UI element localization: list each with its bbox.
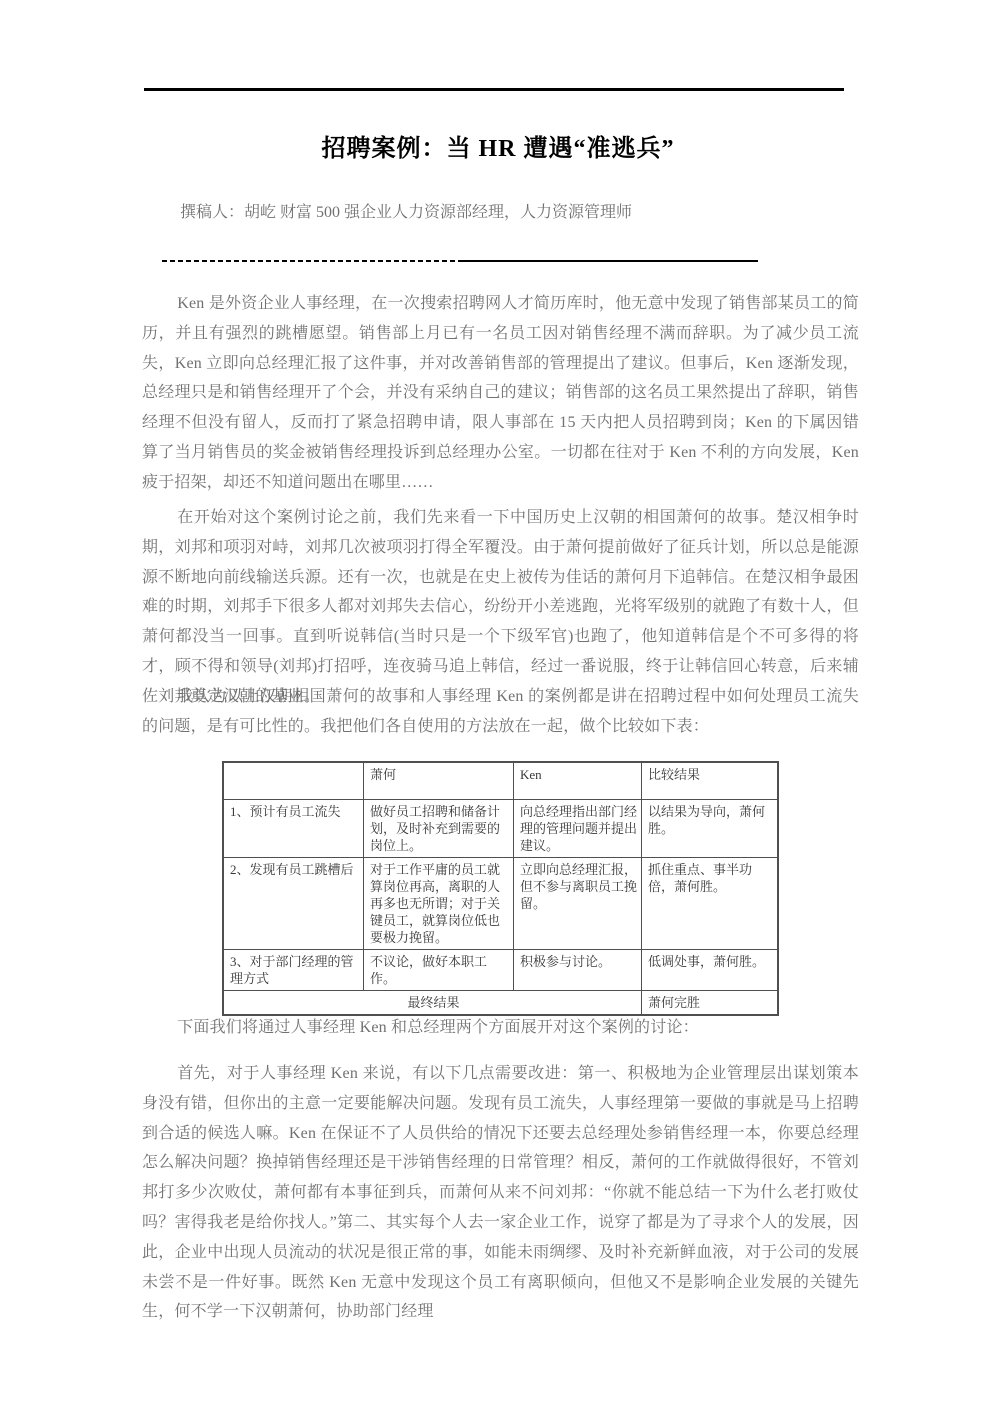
document-title: 招聘案例：当 HR 遭遇“准逃兵” (140, 128, 856, 163)
row1-result: 以结果为导向，萧何胜。 (642, 800, 778, 858)
xiaohe-story-paragraph: 在开始对这个案例讨论之前，我们先来看一下中国历史上汉朝的相国萧何的故事。楚汉相争… (142, 503, 859, 712)
row3-result: 低调处事，萧何胜。 (642, 950, 778, 991)
final-result-label: 最终结果 (224, 991, 642, 1015)
comparison-table: 萧何 Ken 比较结果 1、预计有员工流失 做好员工招聘和储备计划，及时补充到需… (223, 762, 778, 1015)
header-cell-result: 比较结果 (642, 763, 778, 800)
divider-dashed-segment (162, 260, 462, 262)
divider-solid-segment (462, 260, 758, 262)
table-final-row: 最终结果 萧何完胜 (224, 991, 778, 1015)
header-cell-xiaohe: 萧何 (364, 763, 514, 800)
section-divider (162, 260, 758, 263)
document-page: 招聘案例：当 HR 遭遇“准逃兵” 撰稿人：胡屹 财富 500 强企业人力资源部… (0, 0, 993, 1404)
row3-criterion: 3、对于部门经理的管理方式 (224, 950, 364, 991)
table-row: 2、发现有员工跳槽后 对于工作平庸的员工就算岗位再高，离职的人再多也无所谓；对于… (224, 858, 778, 950)
row3-xiaohe: 不议论，做好本职工作。 (364, 950, 514, 991)
header-cell-ken: Ken (514, 763, 642, 800)
byline: 撰稿人：胡屹 财富 500 强企业人力资源部经理，人力资源管理师 (180, 199, 860, 222)
row2-result: 抓住重点、事半功倍，萧何胜。 (642, 858, 778, 950)
row2-ken: 立即向总经理汇报，但不参与离职员工挽留。 (514, 858, 642, 950)
table-row: 1、预计有员工流失 做好员工招聘和储备计划，及时补充到需要的岗位上。 向总经理指… (224, 800, 778, 858)
row2-xiaohe: 对于工作平庸的员工就算岗位再高，离职的人再多也无所谓；对于关键员工，就算岗位低也… (364, 858, 514, 950)
header-cell-empty (224, 763, 364, 800)
case-intro-paragraph: Ken 是外资企业人事经理，在一次搜索招聘网人才简历库时，他无意中发现了销售部某… (142, 289, 859, 498)
top-rule (144, 88, 844, 91)
table-header-row: 萧何 Ken 比较结果 (224, 763, 778, 800)
discussion-lead-paragraph: 下面我们将通过人事经理 Ken 和总经理两个方面展开对这个案例的讨论： (142, 1013, 859, 1043)
comparison-intro-paragraph: 我认为以上汉朝相国萧何的故事和人事经理 Ken 的案例都是讲在招聘过程中如何处理… (142, 682, 859, 742)
row1-xiaohe: 做好员工招聘和储备计划，及时补充到需要的岗位上。 (364, 800, 514, 858)
row1-ken: 向总经理指出部门经理的管理问题并提出建议。 (514, 800, 642, 858)
row2-criterion: 2、发现有员工跳槽后 (224, 858, 364, 950)
table-row: 3、对于部门经理的管理方式 不议论，做好本职工作。 积极参与讨论。 低调处事，萧… (224, 950, 778, 991)
row3-ken: 积极参与讨论。 (514, 950, 642, 991)
ken-advice-paragraph: 首先，对于人事经理 Ken 来说，有以下几点需要改进：第一、积极地为企业管理层出… (142, 1059, 859, 1327)
row1-criterion: 1、预计有员工流失 (224, 800, 364, 858)
final-result-value: 萧何完胜 (642, 991, 778, 1015)
